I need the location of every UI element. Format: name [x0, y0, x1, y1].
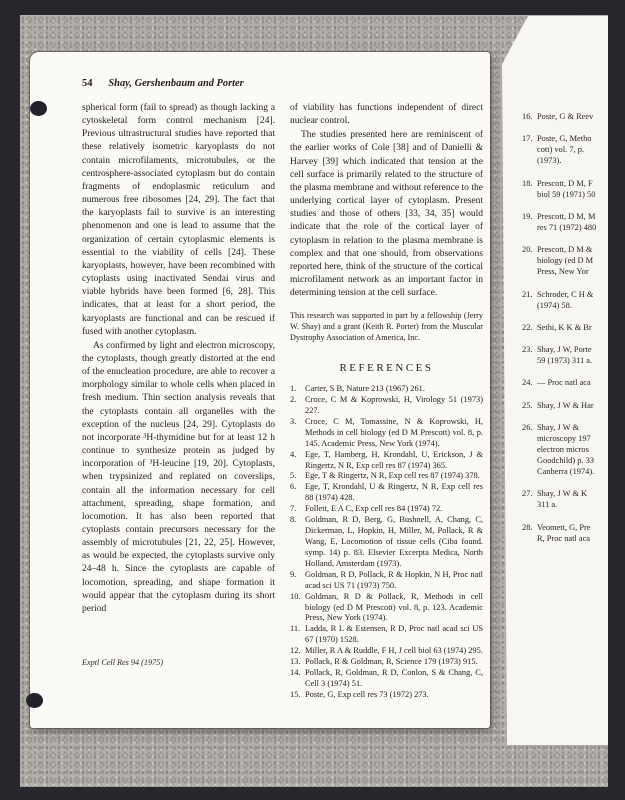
reference-number: 21.: [522, 289, 532, 300]
reference-item: 15. Poste, G, Exp cell res 73 (1972) 273…: [290, 690, 483, 701]
reference-item: 13. Pollack, R & Goldman, R, Science 179…: [290, 657, 483, 668]
reference-item: 2. Croce, C M & Koprowski, H, Virology 5…: [290, 395, 483, 417]
two-column-text: spherical form (fail to spread) as thoug…: [82, 102, 484, 701]
reference-number: 15.: [290, 690, 300, 701]
reference-number: 11.: [290, 624, 300, 635]
reference-text: Sethi, K K & Br: [537, 323, 592, 332]
reference-number: 27.: [522, 488, 532, 499]
body-paragraph: As confirmed by light and electron micro…: [82, 340, 275, 616]
reference-number: 4.: [290, 450, 296, 461]
references-heading: REFERENCES: [290, 361, 483, 376]
body-paragraph: The studies presented here are reminisce…: [290, 129, 483, 300]
running-title: Shay, Gershenbaum and Porter: [108, 78, 243, 89]
reference-item: 5. Ege, T & Ringertz, N R, Exp cell res …: [290, 471, 483, 482]
reference-item: 14. Pollack, R, Goldman, R D, Conlon, S …: [290, 668, 483, 690]
reference-item: 3. Croce, C M, Tomassine, N & Koprowski,…: [290, 417, 483, 450]
reference-item: 26.Shay, J W & microscopy 197 electron m…: [522, 411, 608, 478]
reference-item: 4. Ege, T, Hamberg, H, Krondahl, U, Eric…: [290, 450, 483, 472]
reference-text: Ladda, R L & Estensen, R D, Proc natl ac…: [305, 624, 483, 644]
left-column: spherical form (fail to spread) as thoug…: [82, 102, 275, 701]
journal-footer: Exptl Cell Res 94 (1975): [82, 658, 163, 667]
right-column: of viability has functions independent o…: [290, 102, 483, 701]
reference-number: 5.: [290, 471, 296, 482]
reference-item: 12. Miller, R A & Ruddle, F H, J cell bi…: [290, 646, 483, 657]
page-number: 54: [82, 78, 92, 89]
reference-text: — Proc natl aca: [537, 378, 591, 387]
reference-text: Miller, R A & Ruddle, F H, J cell biol 6…: [305, 646, 483, 655]
reference-item: 8. Goldman, R D, Berg, G, Bushnell, A, C…: [290, 515, 483, 570]
reference-text: Prescott, D M, M res 71 (1972) 480: [537, 212, 596, 232]
hole-punch-bottom: [26, 693, 43, 708]
next-page-edge: 16.Poste, G & Reev 17.Poste, G, Metho co…: [502, 16, 608, 745]
reference-item: 21.Schroder, C H & (1974) 58.: [522, 278, 608, 311]
page-header: 54 Shay, Gershenbaum and Porter: [82, 78, 484, 89]
reference-number: 10.: [290, 592, 300, 603]
body-paragraph: spherical form (fail to spread) as thoug…: [82, 102, 275, 339]
scanned-book-spread: { "page": { "header": { "page_number": "…: [0, 0, 625, 800]
reference-item: 11. Ladda, R L & Estensen, R D, Proc nat…: [290, 624, 483, 646]
reference-number: 16.: [522, 111, 532, 122]
reference-text: Ege, T, Krondahl, U & Ringertz, N R, Exp…: [305, 482, 483, 502]
reference-item: 18.Prescott, D M, F biol 59 (1971) 50: [522, 167, 608, 200]
reference-text: Poste, G, Metho cott) vol. 7, p. (1973).: [537, 134, 591, 165]
reference-number: 6.: [290, 482, 296, 493]
reference-number: 25.: [522, 400, 532, 411]
reference-number: 26.: [522, 422, 532, 433]
reference-number: 8.: [290, 515, 296, 526]
hole-punch-top: [30, 101, 47, 116]
reference-item: 19.Prescott, D M, M res 71 (1972) 480: [522, 200, 608, 233]
reference-item: 7. Follett, E A C, Exp cell res 84 (1974…: [290, 504, 483, 515]
reference-item: 23.Shay, J W, Porte 59 (1973) 311 a.: [522, 333, 608, 366]
reference-number: 3.: [290, 417, 296, 428]
reference-number: 23.: [522, 344, 532, 355]
reference-number: 18.: [522, 178, 532, 189]
references-list: 1. Carter, S B, Nature 213 (1967) 261. 2…: [290, 384, 483, 701]
reference-number: 24.: [522, 377, 532, 388]
reference-text: Ege, T & Ringertz, N R, Exp cell res 87 …: [305, 471, 480, 480]
reference-text: Schroder, C H & (1974) 58.: [537, 290, 593, 310]
reference-item: 9. Goldman, R D, Pollack, R & Hopkin, N …: [290, 570, 483, 592]
reference-text: Pollack, R & Goldman, R, Science 179 (19…: [305, 657, 478, 666]
reference-text: Veomett, G, Pre R, Proc natl aca: [537, 523, 591, 543]
reference-number: 22.: [522, 322, 532, 333]
reference-number: 1.: [290, 384, 296, 395]
reference-item: 1. Carter, S B, Nature 213 (1967) 261.: [290, 384, 483, 395]
reference-text: Goldman, R D, Pollack, R & Hopkin, N H, …: [305, 570, 483, 590]
reference-item: 27.Shay, J W & K 311 a.: [522, 477, 608, 510]
reference-number: 2.: [290, 395, 296, 406]
reference-text: Shay, J W, Porte 59 (1973) 311 a.: [537, 345, 592, 365]
reference-item: 25.Shay, J W & Har: [522, 388, 608, 410]
reference-text: Shay, J W & Har: [537, 401, 594, 410]
next-page-references-list: 16.Poste, G & Reev 17.Poste, G, Metho co…: [522, 100, 608, 544]
page-content: 54 Shay, Gershenbaum and Porter spherica…: [82, 78, 484, 701]
reference-number: 9.: [290, 570, 296, 581]
reference-item: 24.— Proc natl aca: [522, 366, 608, 388]
reference-number: 7.: [290, 504, 296, 515]
reference-text: Goldman, R D & Pollack, R, Methods in ce…: [305, 592, 483, 623]
reference-item: 17.Poste, G, Metho cott) vol. 7, p. (197…: [522, 122, 608, 166]
reference-text: Goldman, R D, Berg, G, Bushnell, A, Chan…: [305, 515, 483, 568]
reference-text: Croce, C M, Tomassine, N & Koprowski, H,…: [305, 417, 483, 448]
reference-text: Shay, J W & microscopy 197 electron micr…: [537, 423, 594, 476]
reference-number: 19.: [522, 211, 532, 222]
reference-item: 10. Goldman, R D & Pollack, R, Methods i…: [290, 592, 483, 625]
reference-text: Carter, S B, Nature 213 (1967) 261.: [305, 384, 425, 393]
reference-number: 20.: [522, 244, 532, 255]
reference-text: Poste, G, Exp cell res 73 (1972) 273.: [305, 690, 429, 699]
reference-number: 12.: [290, 646, 300, 657]
reference-number: 17.: [522, 133, 532, 144]
reference-text: Pollack, R, Goldman, R D, Conlon, S & Ch…: [305, 668, 483, 688]
reference-text: Poste, G & Reev: [537, 112, 593, 121]
reference-number: 13.: [290, 657, 300, 668]
reference-item: 6. Ege, T, Krondahl, U & Ringertz, N R, …: [290, 482, 483, 504]
reference-number: 14.: [290, 668, 300, 679]
reference-text: Croce, C M & Koprowski, H, Virology 51 (…: [305, 395, 483, 415]
reference-text: Prescott, D M, F biol 59 (1971) 50: [537, 179, 595, 199]
reference-text: Ege, T, Hamberg, H, Krondahl, U, Erickso…: [305, 450, 483, 470]
reference-text: Shay, J W & K 311 a.: [537, 489, 587, 509]
reference-text: Prescott, D M & biology (ed D M Press, N…: [537, 245, 593, 276]
acknowledgment: This research was supported in part by a…: [290, 311, 483, 343]
journal-page: 54 Shay, Gershenbaum and Porter spherica…: [30, 52, 490, 728]
body-paragraph: of viability has functions independent o…: [290, 102, 483, 128]
reference-text: Follett, E A C, Exp cell res 84 (1974) 7…: [305, 504, 442, 513]
reference-item: 22.Sethi, K K & Br: [522, 311, 608, 333]
reference-item: 28.Veomett, G, Pre R, Proc natl aca: [522, 510, 608, 543]
reference-item: 16.Poste, G & Reev: [522, 100, 608, 122]
reference-item: 20.Prescott, D M & biology (ed D M Press…: [522, 233, 608, 277]
reference-number: 28.: [522, 522, 532, 533]
